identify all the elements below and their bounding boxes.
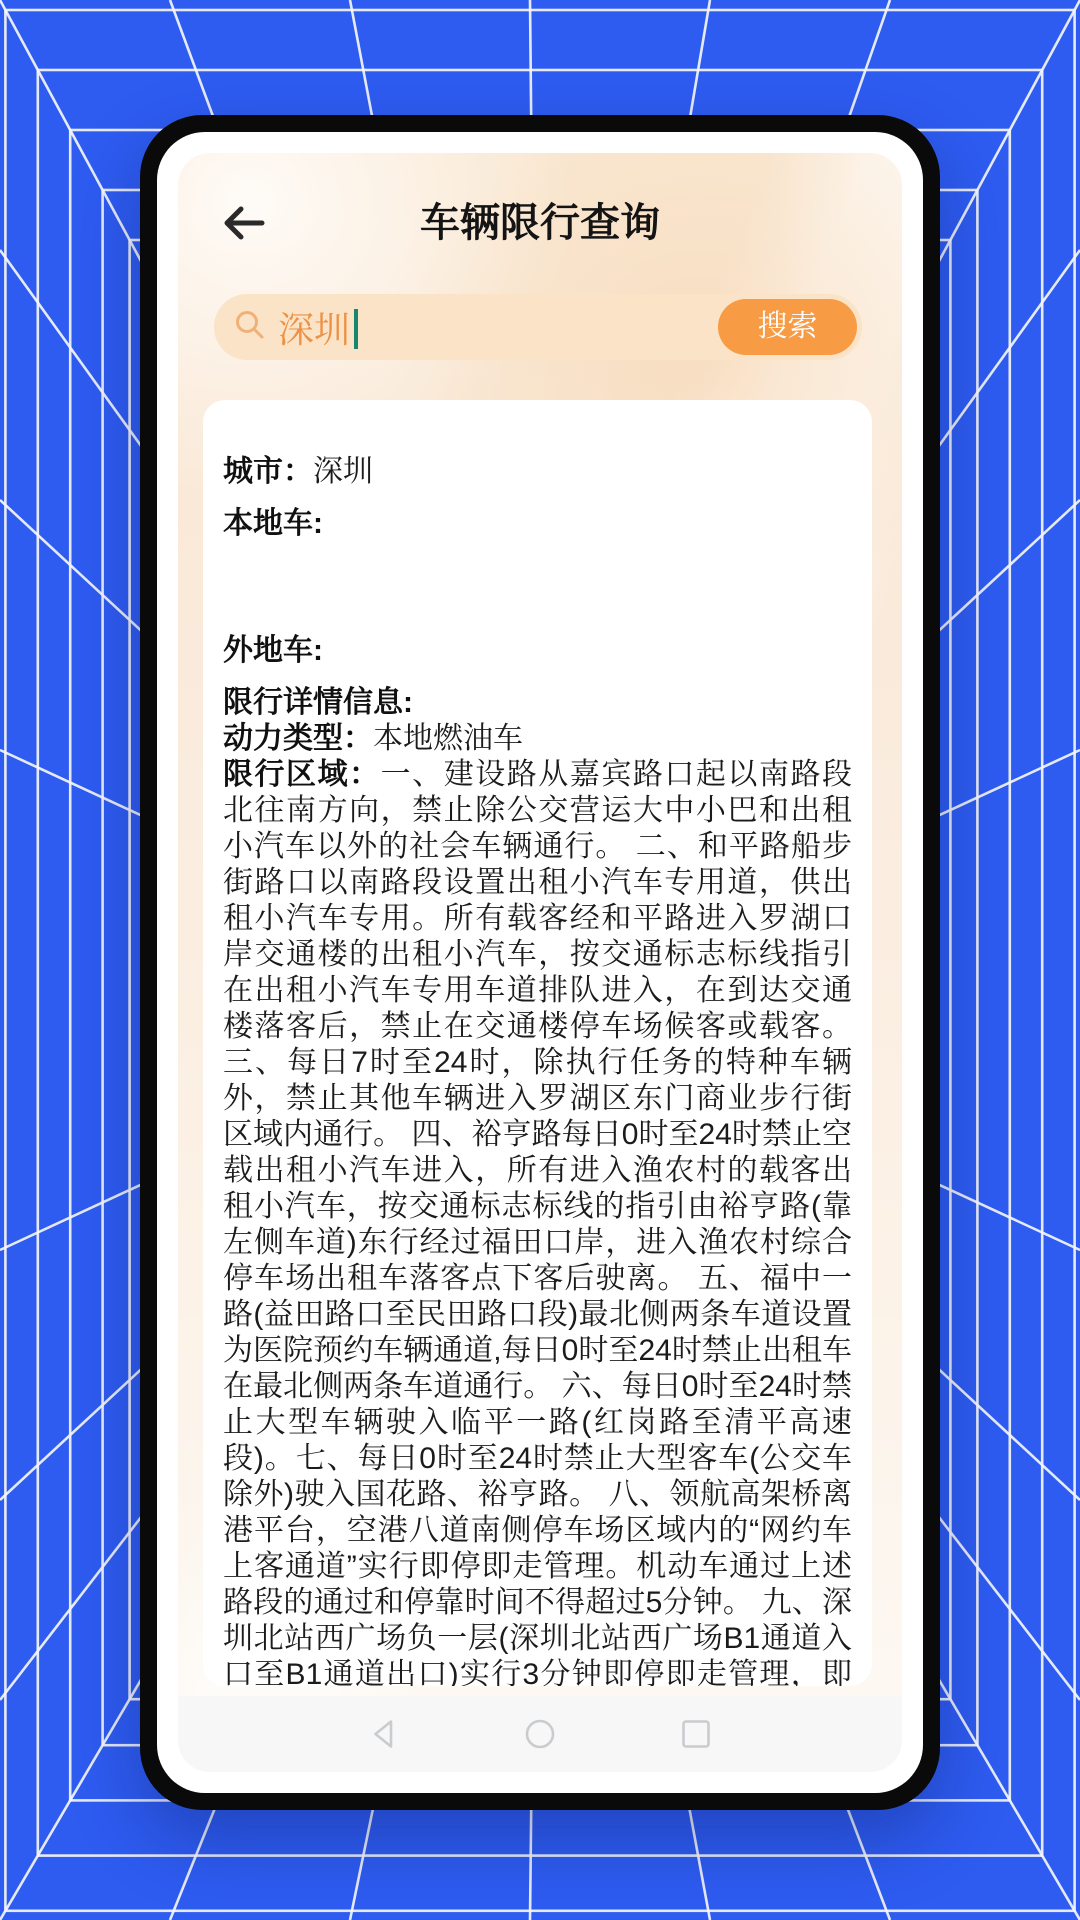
nav-home-circle-icon[interactable]	[522, 1716, 558, 1752]
power-type-label: 动力类型：	[223, 722, 373, 755]
result-card: 城市：深圳 本地车: 外地车: 限行详情信息: 动力类型：本地燃油车 限行区域：…	[203, 400, 872, 1686]
nav-recents-square-icon[interactable]	[678, 1716, 714, 1752]
phone-bezel: 车辆限行查询 深圳 搜索 城市：深圳 本地车:	[157, 132, 923, 1793]
search-input[interactable]: 深圳	[278, 302, 358, 353]
page-title: 车辆限行查询	[178, 193, 902, 253]
app-screen: 车辆限行查询 深圳 搜索 城市：深圳 本地车:	[178, 153, 902, 1772]
restriction-area-label: 限行区域：	[223, 758, 381, 791]
search-button[interactable]: 搜索	[718, 299, 857, 355]
restriction-detail-block: 限行详情信息: 动力类型：本地燃油车 限行区域：一、建设路从嘉宾路口起以南路段北…	[223, 685, 852, 1686]
phone-frame: 车辆限行查询 深圳 搜索 城市：深圳 本地车:	[140, 115, 940, 1810]
city-label: 城市：	[223, 455, 313, 488]
nonlocal-car-row: 外地车:	[223, 631, 852, 671]
text-cursor-icon	[354, 309, 358, 349]
restriction-area-text: 一、建设路从嘉宾路口起以南路段北往南方向，禁止除公交营运大中小巴和出租小汽车以外…	[223, 758, 852, 1686]
desktop-background: { "header": { "title": "车辆限行查询", "back_i…	[0, 0, 1080, 1920]
city-row: 城市：深圳	[223, 452, 852, 492]
city-value: 深圳	[313, 455, 373, 488]
search-icon	[234, 309, 266, 346]
local-car-row: 本地车:	[223, 504, 852, 544]
power-type-value: 本地燃油车	[373, 722, 523, 755]
nonlocal-car-label: 外地车:	[223, 634, 323, 667]
search-bar[interactable]: 深圳 搜索	[214, 294, 862, 360]
restriction-area-paragraph: 限行区域：一、建设路从嘉宾路口起以南路段北往南方向，禁止除公交营运大中小巴和出租…	[223, 757, 852, 1686]
app-bar: 车辆限行查询	[178, 193, 902, 253]
local-car-label: 本地车:	[223, 507, 323, 540]
power-type-line: 动力类型：本地燃油车	[223, 721, 852, 757]
nav-back-triangle-icon[interactable]	[366, 1716, 402, 1752]
detail-title: 限行详情信息:	[223, 686, 413, 719]
android-nav-bar	[178, 1696, 902, 1772]
search-input-value: 深圳	[278, 309, 350, 350]
